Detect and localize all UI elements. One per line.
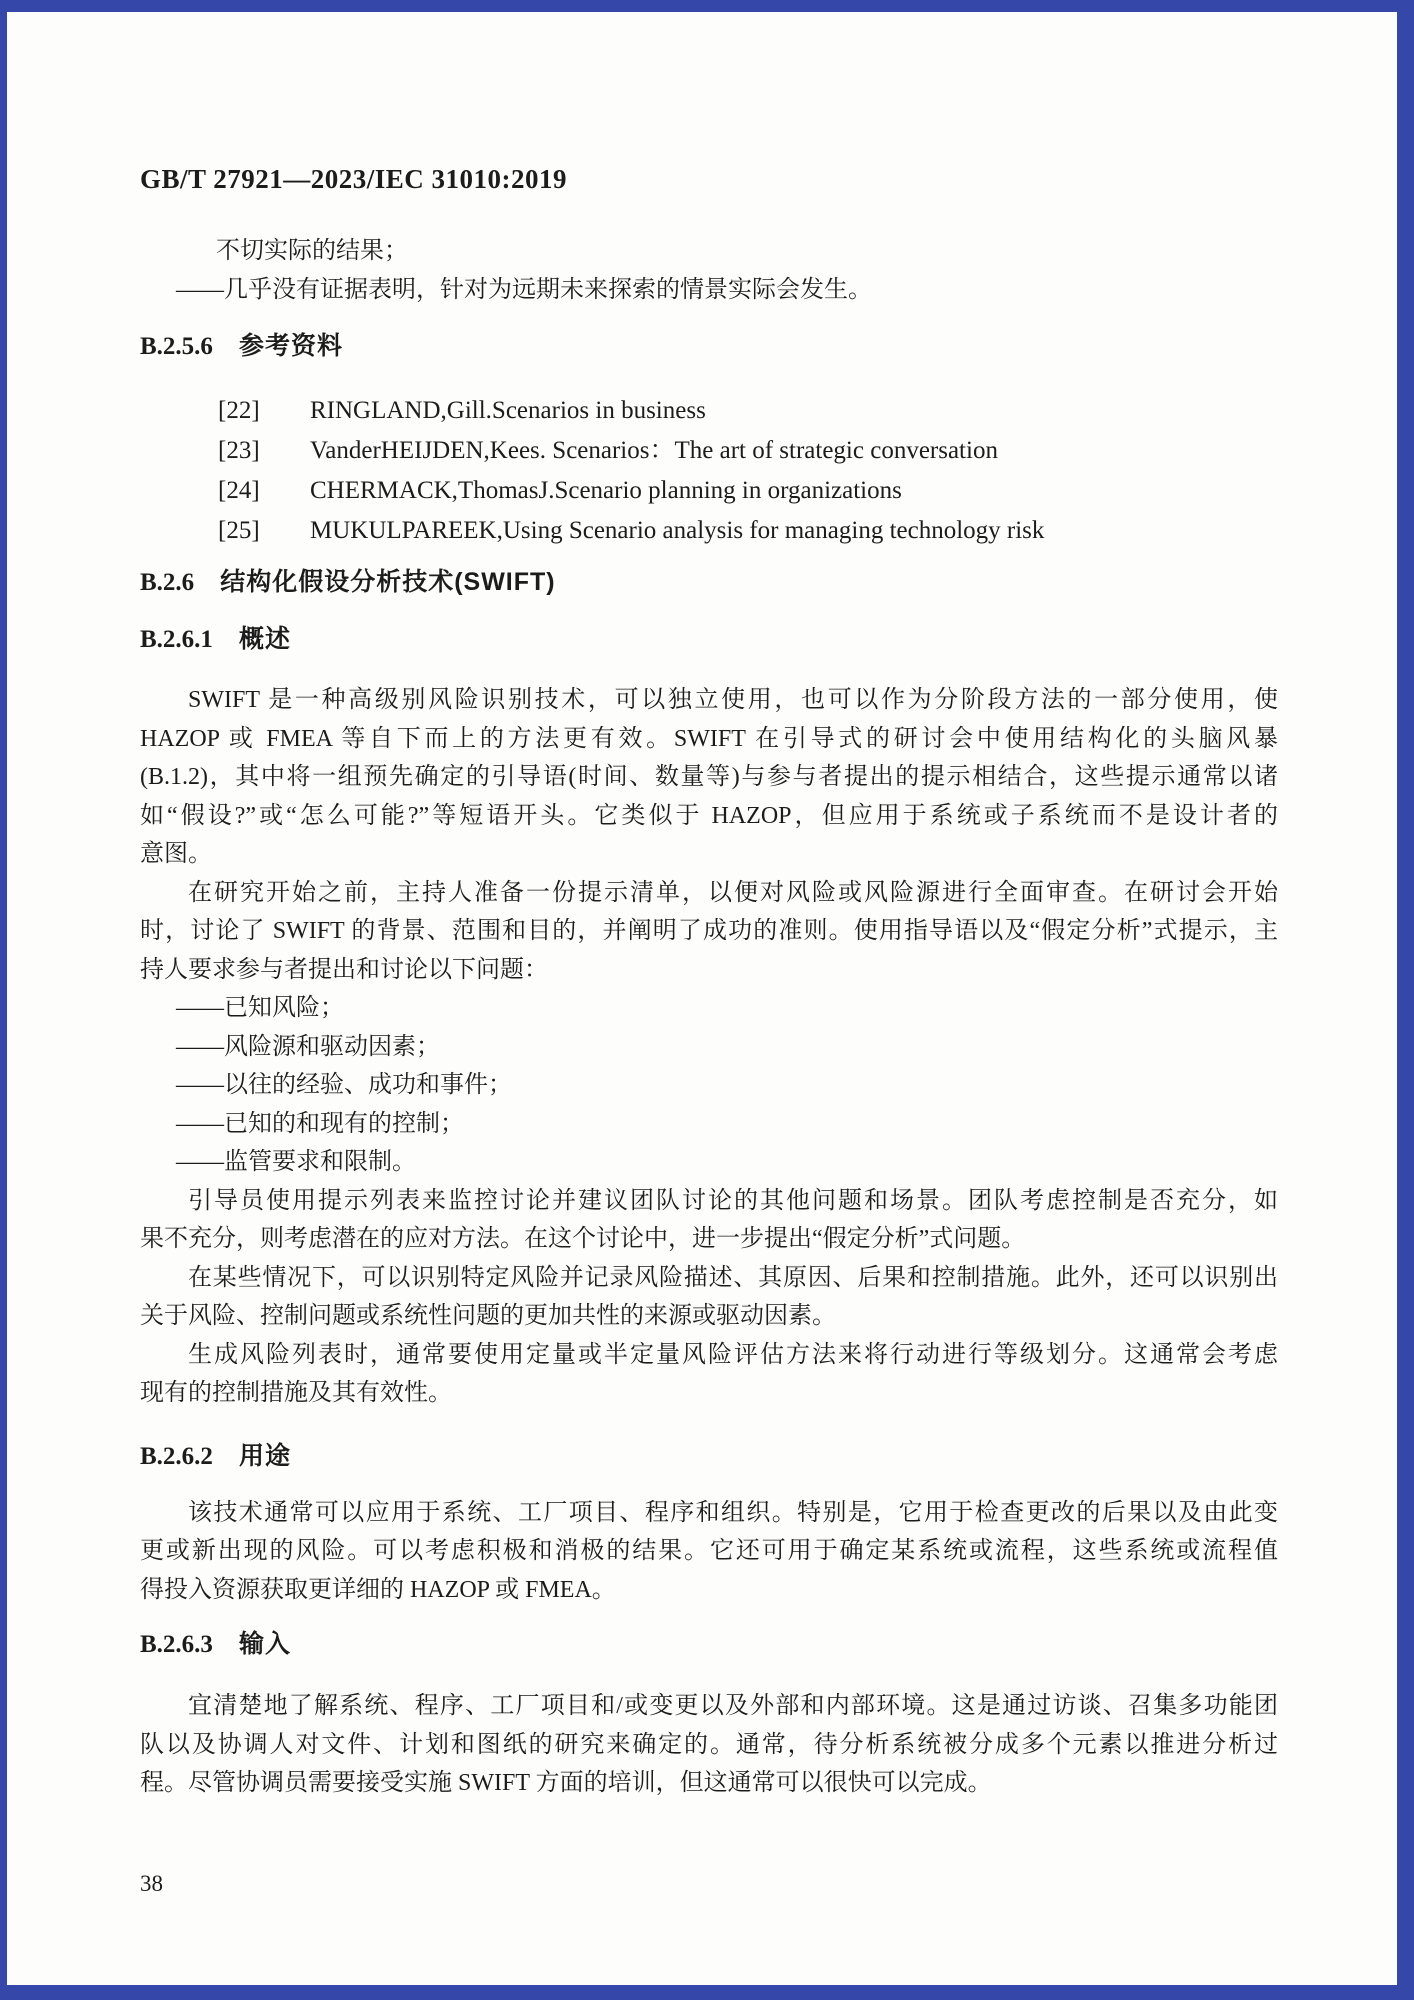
dash-list-item: ——已知的和现有的控制； (176, 1105, 1278, 1144)
heading-number: B.2.6 (140, 569, 194, 596)
dash-list-item: ——风险源和驱动因素； (176, 1028, 1278, 1067)
page-number: 38 (140, 1871, 1278, 1897)
heading-b26-swift: B.2.6结构化假设分析技术(SWIFT) (140, 567, 1278, 598)
reference-label: [25] (218, 511, 282, 551)
dash-list-item: ——以往的经验、成功和事件； (176, 1066, 1278, 1105)
body-text-line: 得投入资源获取更详细的 HAZOP 或 FMEA。 (140, 1571, 1278, 1610)
page-content: GB/T 27921—2023/IEC 31010:2019 不切实际的结果； … (140, 0, 1278, 1897)
heading-title: 用途 (239, 1442, 291, 1470)
body-text-line: 更或新出现的风险。可以考虑积极和消极的结果。它还可用于确定某系统或流程，这些系统… (140, 1532, 1278, 1571)
uses-body: 该技术通常可以应用于系统、工厂项目、程序和组织。特别是，它用于检查更改的后果以及… (140, 1494, 1278, 1610)
reference-text: VanderHEIJDEN,Kees. Scenarios：The art of… (310, 437, 998, 464)
body-text-line: HAZOP 或 FMEA 等自下而上的方法更有效。SWIFT 在引导式的研讨会中… (140, 720, 1278, 759)
carryover-line: 不切实际的结果； (216, 232, 1278, 271)
body-text-line: 该技术通常可以应用于系统、工厂项目、程序和组织。特别是，它用于检查更改的后果以及… (140, 1494, 1278, 1533)
scan-border-left (0, 0, 7, 2000)
reference-list: [22]RINGLAND,Gill.Scenarios in business … (140, 391, 1278, 551)
body-text-line: 在某些情况下，可以识别特定风险并记录风险描述、其原因、后果和控制措施。此外，还可… (140, 1259, 1278, 1298)
document-page: GB/T 27921—2023/IEC 31010:2019 不切实际的结果； … (0, 0, 1414, 2000)
heading-number: B.2.6.3 (140, 1631, 213, 1658)
body-text-line: 关于风险、控制问题或系统性问题的更加共性的来源或驱动因素。 (140, 1297, 1278, 1336)
reference-item: [25]MUKULPAREEK,Using Scenario analysis … (218, 511, 1278, 551)
scan-border-right (1397, 0, 1414, 2000)
dash-list-item: ——监管要求和限制。 (176, 1143, 1278, 1182)
reference-text: CHERMACK,ThomasJ.Scenario planning in or… (310, 477, 902, 504)
heading-b256-references: B.2.5.6参考资料 (140, 331, 1278, 362)
heading-number: B.2.5.6 (140, 333, 213, 360)
body-text-line: 时，讨论了 SWIFT 的背景、范围和目的，并阐明了成功的准则。使用指导语以及“… (140, 912, 1278, 951)
heading-b261-overview: B.2.6.1概述 (140, 624, 1278, 655)
heading-title: 概述 (239, 625, 291, 653)
heading-number: B.2.6.1 (140, 626, 213, 653)
heading-title: 参考资料 (239, 332, 343, 360)
dash-list-item: ——已知风险； (176, 989, 1278, 1028)
reference-item: [23]VanderHEIJDEN,Kees. Scenarios：The ar… (218, 431, 1278, 471)
standard-number-header: GB/T 27921—2023/IEC 31010:2019 (140, 165, 1278, 193)
reference-label: [24] (218, 471, 282, 511)
body-text-line: 现有的控制措施及其有效性。 (140, 1374, 1278, 1413)
heading-b263-inputs: B.2.6.3输入 (140, 1629, 1278, 1660)
body-text-line: 如“假设?”或“怎么可能?”等短语开头。它类似于 HAZOP，但应用于系统或子系… (140, 797, 1278, 836)
body-text-line: 意图。 (140, 835, 1278, 874)
body-text-line: 果不充分，则考虑潜在的应对方法。在这个讨论中，进一步提出“假定分析”式问题。 (140, 1220, 1278, 1259)
body-text-line: 生成风险列表时，通常要使用定量或半定量风险评估方法来将行动进行等级划分。这通常会… (140, 1336, 1278, 1375)
reference-label: [23] (218, 431, 282, 471)
heading-title: 输入 (239, 1630, 291, 1658)
reference-item: [22]RINGLAND,Gill.Scenarios in business (218, 391, 1278, 431)
reference-text: MUKULPAREEK,Using Scenario analysis for … (310, 517, 1044, 544)
scan-border-bottom (0, 1985, 1414, 2000)
carryover-line: ——几乎没有证据表明，针对为远期未来探索的情景实际会发生。 (176, 271, 1278, 310)
body-text-line: 在研究开始之前，主持人准备一份提示清单，以便对风险或风险源进行全面审查。在研讨会… (140, 874, 1278, 913)
overview-body: SWIFT 是一种高级别风险识别技术，可以独立使用，也可以作为分阶段方法的一部分… (140, 681, 1278, 1413)
reference-label: [22] (218, 391, 282, 431)
reference-text: RINGLAND,Gill.Scenarios in business (310, 397, 706, 424)
heading-title: 结构化假设分析技术(SWIFT) (220, 568, 555, 596)
body-text-line: (B.1.2)，其中将一组预先确定的引导语(时间、数量等)与参与者提出的提示相结… (140, 758, 1278, 797)
body-text-line: 持人要求参与者提出和讨论以下问题： (140, 951, 1278, 990)
body-text-line: 引导员使用提示列表来监控讨论并建议团队讨论的其他问题和场景。团队考虑控制是否充分… (140, 1182, 1278, 1221)
inputs-body: 宜清楚地了解系统、程序、工厂项目和/或变更以及外部和内部环境。这是通过访谈、召集… (140, 1687, 1278, 1803)
body-text-line: 队以及协调人对文件、计划和图纸的研究来确定的。通常，待分析系统被分成多个元素以推… (140, 1726, 1278, 1765)
reference-item: [24]CHERMACK,ThomasJ.Scenario planning i… (218, 471, 1278, 511)
carryover-list: 不切实际的结果； ——几乎没有证据表明，针对为远期未来探索的情景实际会发生。 (140, 232, 1278, 309)
heading-number: B.2.6.2 (140, 1443, 213, 1470)
body-text-line: 程。尽管协调员需要接受实施 SWIFT 方面的培训，但这通常可以很快可以完成。 (140, 1764, 1278, 1803)
body-text-line: 宜清楚地了解系统、程序、工厂项目和/或变更以及外部和内部环境。这是通过访谈、召集… (140, 1687, 1278, 1726)
body-text-line: SWIFT 是一种高级别风险识别技术，可以独立使用，也可以作为分阶段方法的一部分… (140, 681, 1278, 720)
heading-b262-uses: B.2.6.2用途 (140, 1441, 1278, 1472)
